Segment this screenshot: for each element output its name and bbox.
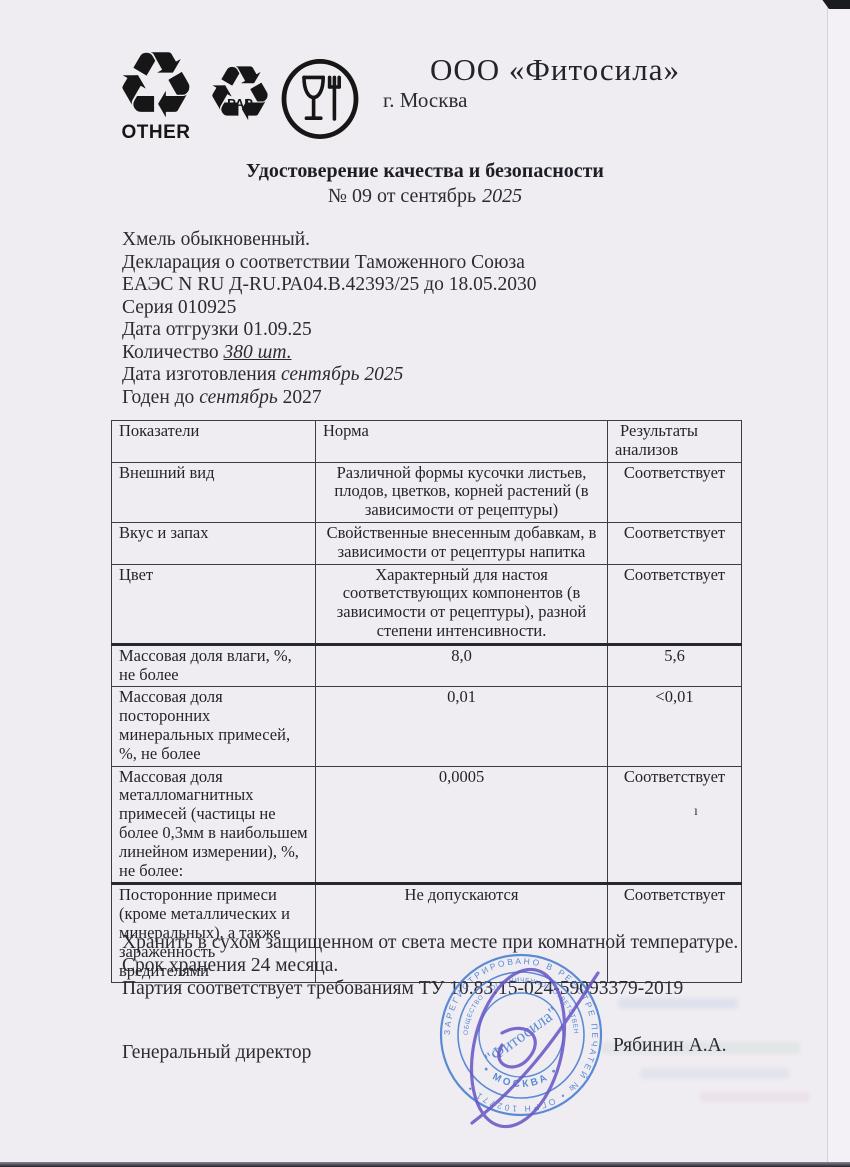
recycle-icon: ♻ [198,56,282,132]
expiry-month: сентябрь [199,387,278,408]
recycle-pap-label: PAP [198,96,282,111]
signature-loop-stroke [499,1028,536,1067]
company-name: ООО «Фитосила» [430,52,680,88]
row-result: <0,01 [608,687,742,766]
document-number-text: № 09 от сентябрь [328,185,476,207]
expiry-year: 2027 [278,387,322,408]
row-result: Соответствует [608,522,742,564]
bleed-through-mark [640,1068,790,1079]
quantity-line: Количество 380 шт. [122,342,536,365]
manufacture-date-value: сентябрь 2025 [281,364,403,385]
recycling-other-symbol: ♻ OTHER [104,40,208,144]
food-safe-glass-fork-icon [280,58,360,140]
row-param: Вкус и запах [112,522,316,564]
company-city: г. Москва [383,88,467,113]
scanned-document-page: { "header": { "company": "ООО «Фитосила»… [0,0,850,1167]
scan-bottom-edge [0,1162,850,1167]
row-norm: Характерный для настоя соответствующих к… [316,564,608,644]
document-title: Удостоверение качества и безопасности [100,160,750,183]
row-result: Соответствует [608,766,742,884]
declaration-number-line: ЕАЭС N RU Д-RU.РА04.В.42393/25 до 18.05.… [122,274,536,297]
document-number: № 09 от сентябрь2025 [100,185,750,208]
header-indicators: Показатели [112,421,316,463]
table-row: Вкус и запах Свойственные внесенным доба… [112,522,742,564]
table-header-row: Показатели Норма Результаты анализов [112,421,742,463]
expiry-label: Годен до [122,387,199,408]
row-norm: 0,0005 [316,766,608,884]
table-row: Массовая доля влаги, %, не более 8,0 5,6 [112,644,742,687]
quantity-value: 380 шт. [224,342,292,363]
scan-speck: ı [694,804,698,820]
row-result: Соответствует [608,462,742,522]
quality-indicators-table: Показатели Норма Результаты анализов Вне… [111,420,742,983]
recycling-pap-symbol: ♻ PAP [198,56,282,132]
table-row: Массовая доля посторонних минеральных пр… [112,687,742,766]
row-param: Массовая доля посторонних минеральных пр… [112,687,316,766]
scan-right-edge [827,0,850,1167]
product-details-block: Хмель обыкновенный. Декларация о соответ… [122,229,536,409]
row-norm: 8,0 [316,644,608,687]
quantity-label: Количество [122,342,224,363]
document-title-block: Удостоверение качества и безопасности № … [100,160,750,208]
row-norm: Различной формы кусочки листьев, плодов,… [316,462,608,522]
series-line: Серия 010925 [122,297,536,320]
director-signature [440,955,620,1135]
header-results: Результаты анализов [608,421,742,463]
product-name-line: Хмель обыкновенный. [122,229,536,252]
manufacture-date-label: Дата изготовления [122,364,281,385]
row-norm: Свойственные внесенным добавкам, в завис… [316,522,608,564]
table-row: Внешний вид Различной формы кусочки лист… [112,462,742,522]
director-title: Генеральный директор [122,1042,311,1064]
recycle-icon: ♻ [104,40,208,132]
scan-corner-shadow [820,0,850,9]
row-param: Цвет [112,564,316,644]
shipment-date-line: Дата отгрузки 01.09.25 [122,319,536,342]
document-number-year: 2025 [482,185,522,207]
declaration-line: Декларация о соответствии Таможенного Со… [122,252,536,275]
bleed-through-mark [618,998,738,1009]
row-result: Соответствует [608,564,742,644]
row-result: 5,6 [608,644,742,687]
signature-oval-stroke [457,960,579,1135]
bleed-through-mark [700,1092,810,1102]
row-param: Массовая доля металломагнитных примесей … [112,766,316,884]
director-name: Рябинин А.А. [613,1035,727,1057]
expiry-line: Годен до сентябрь 2027 [122,387,536,410]
header-norm: Норма [316,421,608,463]
table-row: Массовая доля металломагнитных примесей … [112,766,742,884]
table-row: Цвет Характерный для настоя соответствую… [112,564,742,644]
row-param: Внешний вид [112,462,316,522]
row-param: Массовая доля влаги, %, не более [112,644,316,687]
manufacture-date-line: Дата изготовления сентябрь 2025 [122,364,536,387]
row-norm: 0,01 [316,687,608,766]
